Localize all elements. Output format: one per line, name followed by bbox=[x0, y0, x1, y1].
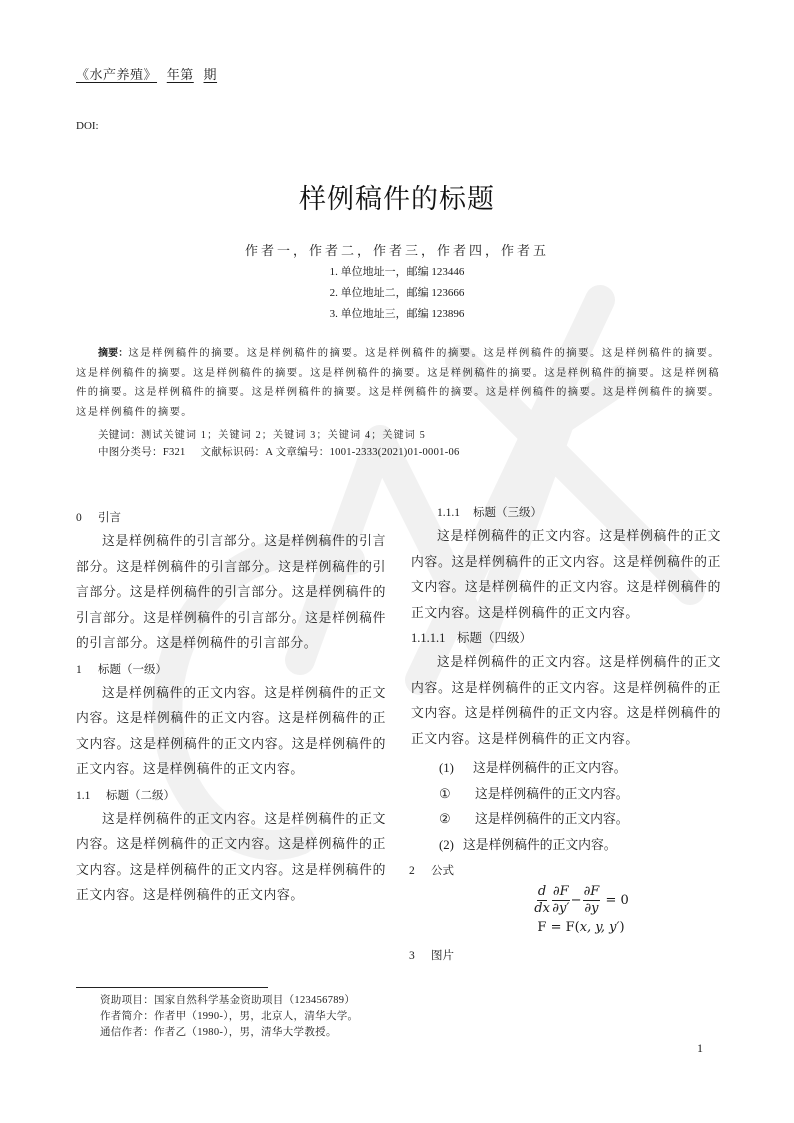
affiliation-1: 1. 单位地址一，邮编 123446 bbox=[0, 263, 794, 279]
paper-page: 《水产养殖》 年第 期 DOI: 样例稿件的标题 作者一，作者二，作者三，作者四… bbox=[0, 0, 794, 1123]
footnote-corresponding-author: 通信作者：作者乙（1980-），男，清华大学教授。 bbox=[100, 1025, 358, 1041]
doc-code-label: 文献标识码： bbox=[201, 446, 266, 458]
article-no-value: 1001-2333(2021)01-0001-06 bbox=[330, 447, 460, 458]
journal-issue-label: 期 bbox=[204, 67, 218, 82]
keywords-text: 测试关键词 1；关键词 2；关键词 3；关键词 4；关键词 5 bbox=[141, 430, 426, 441]
list-marker: (2) bbox=[439, 833, 463, 859]
journal-year-label: 年第 bbox=[167, 67, 194, 82]
section-heading-2: 2公式 bbox=[409, 858, 721, 882]
affiliation-3: 3. 单位地址三，邮编 123896 bbox=[0, 305, 794, 321]
list-item: ②这是样例稿件的正文内容。 bbox=[411, 807, 721, 833]
footnote-funding: 资助项目：国家自然科学基金资助项目（123456789） bbox=[100, 993, 358, 1009]
footnote-divider bbox=[76, 987, 268, 988]
list-item: (1)这是样例稿件的正文内容。 bbox=[411, 756, 721, 782]
list-marker: ① bbox=[439, 782, 475, 808]
list-marker: (1) bbox=[439, 756, 473, 782]
keywords-label: 关键词： bbox=[98, 429, 141, 441]
page-number: 1 bbox=[697, 1041, 703, 1056]
list-item: ①这是样例稿件的正文内容。 bbox=[411, 782, 721, 808]
section-heading-3: 3图片 bbox=[409, 943, 721, 967]
formula-euler-lagrange: ddx∂F∂y′−∂F∂y = 0 bbox=[411, 884, 721, 917]
section-1-paragraph: 这是样例稿件的正文内容。这是样例稿件的正文内容。这是样例稿件的正文内容。这是样例… bbox=[76, 681, 386, 783]
section-heading-1: 1标题（一级） bbox=[76, 657, 386, 681]
paper-title: 样例稿件的标题 bbox=[0, 177, 794, 216]
list-marker: ② bbox=[439, 807, 475, 833]
intro-paragraph: 这是样例稿件的引言部分。这是样例稿件的引言部分。这是样例稿件的引言部分。这是样例… bbox=[76, 529, 386, 657]
section-heading-intro: 0引言 bbox=[76, 505, 386, 529]
right-column: 1.1.1标题（三级） 这是样例稿件的正文内容。这是样例稿件的正文内容。这是样例… bbox=[411, 500, 721, 967]
formula-function-def: F = F(x, y, y′) bbox=[411, 917, 721, 939]
footnotes: 资助项目：国家自然科学基金资助项目（123456789） 作者简介：作者甲（19… bbox=[100, 993, 358, 1041]
journal-header: 《水产养殖》 年第 期 bbox=[76, 64, 223, 83]
clc-value: F321 bbox=[163, 447, 186, 458]
section-1-1-1-paragraph: 这是样例稿件的正文内容。这是样例稿件的正文内容。这是样例稿件的正文内容。这是样例… bbox=[411, 524, 721, 626]
clc-label: 中图分类号： bbox=[98, 446, 163, 458]
keywords-line: 关键词：测试关键词 1；关键词 2；关键词 3；关键词 4；关键词 5 bbox=[98, 426, 426, 442]
article-no-label: 文章编号： bbox=[276, 446, 330, 458]
section-heading-1-1: 1.1标题（二级） bbox=[76, 783, 386, 807]
classification-line: 中图分类号：F321 文献标识码：A 文章编号：1001-2333(2021)0… bbox=[98, 444, 460, 459]
list-item: (2)这是样例稿件的正文内容。 bbox=[411, 833, 721, 859]
section-heading-1-1-1-1: 1.1.1.1标题（四级） bbox=[411, 626, 721, 650]
affiliation-2: 2. 单位地址二，邮编 123666 bbox=[0, 284, 794, 300]
abstract-text: 这是样例稿件的摘要。这是样例稿件的摘要。这是样例稿件的摘要。这是样例稿件的摘要。… bbox=[76, 348, 720, 418]
abstract-label: 摘要： bbox=[98, 348, 128, 359]
doi-label: DOI: bbox=[76, 120, 99, 132]
author-list: 作者一，作者二，作者三，作者四，作者五 bbox=[0, 240, 794, 259]
section-1-1-paragraph: 这是样例稿件的正文内容。这是样例稿件的正文内容。这是样例稿件的正文内容。这是样例… bbox=[76, 807, 386, 909]
section-heading-1-1-1: 1.1.1标题（三级） bbox=[411, 500, 721, 524]
footnote-author-bio: 作者简介：作者甲（1990-），男，北京人，清华大学。 bbox=[100, 1009, 358, 1025]
abstract: 摘要：这是样例稿件的摘要。这是样例稿件的摘要。这是样例稿件的摘要。这是样例稿件的… bbox=[76, 344, 720, 422]
left-column: 0引言 这是样例稿件的引言部分。这是样例稿件的引言部分。这是样例稿件的引言部分。… bbox=[76, 505, 386, 909]
doc-code-value: A bbox=[265, 447, 272, 458]
journal-name: 《水产养殖》 bbox=[76, 67, 157, 82]
section-1-1-1-1-paragraph: 这是样例稿件的正文内容。这是样例稿件的正文内容。这是样例稿件的正文内容。这是样例… bbox=[411, 650, 721, 752]
